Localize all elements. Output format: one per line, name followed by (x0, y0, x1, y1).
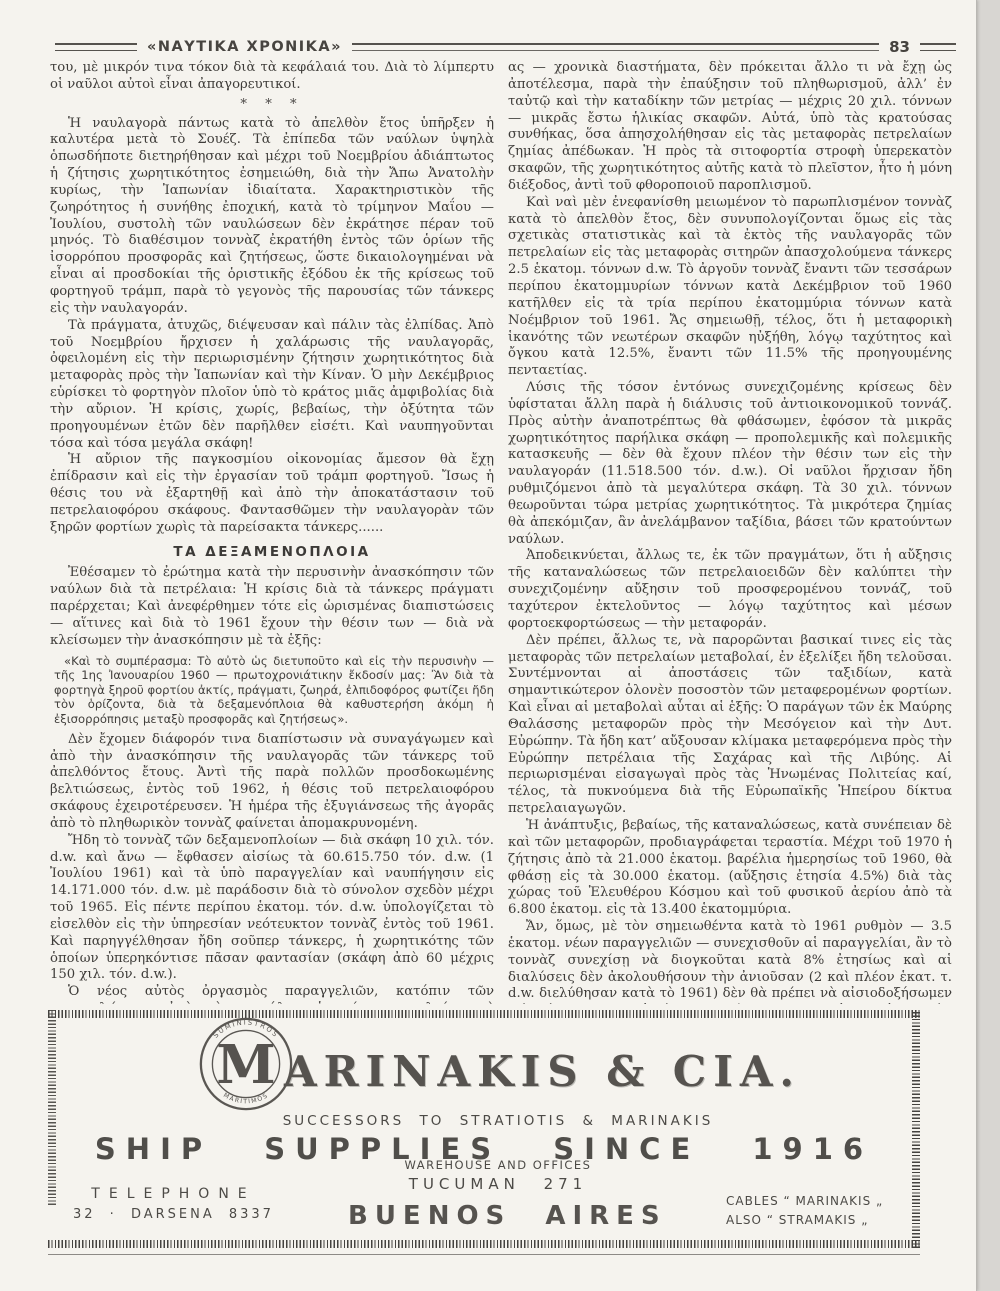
paragraph: Τὰ πράγματα, ἀτυχῶς, διέψευσαν καὶ πάλιν… (50, 318, 494, 453)
paragraph: Ἡ αὔριον τῆς παγκοσμίου οἰκονομίας ἄμεσο… (50, 452, 494, 536)
street-line: TUCUMAN 271 (348, 1175, 648, 1193)
header-rule-left (55, 43, 137, 51)
paragraph: Δὲν πρέπει, ἄλλως τε, νὰ παρορῶνται βασι… (508, 633, 952, 818)
company-logo-icon: SUMINISTROS MARITIMOS M (198, 1016, 294, 1112)
marinakis-advertisement: SUMINISTROS MARITIMOS M ARINAKIS & CIA. … (48, 1010, 920, 1248)
header-rule-center (352, 43, 879, 51)
page-number: 83 (889, 38, 910, 56)
article-body: του, μὲ μικρόν τινα τόκον διὰ τὰ κεφάλαι… (50, 60, 952, 1004)
section-heading: ΤΑ ΔΕΞΑΜΕΝΟΠΛΟΙΑ (50, 544, 494, 561)
company-name: ARINAKIS & CIA. (284, 1033, 801, 1096)
telephone-block: TELEPHONE 32 · DARSENA 8337 (73, 1186, 274, 1222)
paragraph: ας — χρονικὰ διαστήματα, δὲν πρόκειται ἄ… (508, 60, 952, 195)
magazine-page: «ΝΑΥΤΙΚΑ ΧΡΟΝΙΚΑ» 83 του, μὲ μικρόν τινα… (0, 0, 976, 1291)
ad-underline (48, 1254, 920, 1255)
paragraph: Δὲν ἔχομεν διάφορόν τινα διαπίστωσιν νὰ … (50, 732, 494, 833)
paragraph: Καὶ ναὶ μὲν ἐνεφανίσθη μειωμένον τὸ παρω… (508, 195, 952, 380)
paragraph: Ἐθέσαμεν τὸ ἐρώτημα κατὰ τὴν περυσινὴν ἀ… (50, 565, 494, 649)
ad-border-left (48, 1010, 56, 1205)
ad-border-bottom (48, 1240, 920, 1248)
right-column: ας — χρονικὰ διαστήματα, δὲν πρόκειται ἄ… (508, 60, 952, 1004)
cables-block: CABLES “ MARINAKIS „ ALSO “ STRAMAKIS „ (726, 1192, 883, 1230)
paragraph: Ὁ νέος αὐτὸς ὀργασμὸς παραγγελιῶν, κατόπ… (50, 984, 494, 1004)
paragraph: Λύσις τῆς τόσον ἐντόνως συνεχιζομένης κρ… (508, 380, 952, 548)
logo-monogram: M (216, 1033, 276, 1096)
left-column: του, μὲ μικρόν τινα τόκον διὰ τὰ κεφάλαι… (50, 60, 494, 1004)
page-header: «ΝΑΥΤΙΚΑ ΧΡΟΝΙΚΑ» 83 (55, 40, 956, 54)
warehouse-line: WAREHOUSE AND OFFICES (348, 1158, 648, 1172)
address-block: WAREHOUSE AND OFFICES TUCUMAN 271 BUENOS… (348, 1158, 648, 1231)
quoted-paragraph: «Καὶ τὸ συμπέρασμα: Τὸ αὐτὸ ὡς διετυποῦτ… (50, 654, 494, 727)
cables-line-1: CABLES “ MARINAKIS „ (726, 1192, 883, 1211)
cables-line-2: ALSO “ STRAMAKIS „ (726, 1211, 883, 1230)
paragraph: Ἡ ἀνάπτυξις, βεβαίως, τῆς καταναλώσεως, … (508, 818, 952, 919)
paragraph: Ἡ ναυλαγορὰ πάντως κατὰ τὸ ἀπελθὸν ἔτος … (50, 116, 494, 318)
paragraph: Ἀποδεικνύεται, ἄλλως τε, ἐκ τῶν πραγμάτω… (508, 548, 952, 632)
successors-line: SUCCESSORS TO STRATIOTIS & MARINAKIS (158, 1113, 838, 1129)
header-rule-right (920, 43, 956, 51)
section-divider: * * * (50, 97, 494, 114)
ad-border-right (912, 1010, 920, 1248)
company-name-row: SUMINISTROS MARITIMOS M ARINAKIS & CIA. (198, 1016, 801, 1112)
paragraph: του, μὲ μικρόν τινα τόκον διὰ τὰ κεφάλαι… (50, 60, 494, 94)
paragraph: Ἄν, ὅμως, μὲ τὸν σημειωθέντα κατὰ τὸ 196… (508, 919, 952, 1004)
masthead-title: «ΝΑΥΤΙΚΑ ΧΡΟΝΙΚΑ» (147, 39, 342, 55)
city-line: BUENOS AIRES (348, 1201, 648, 1231)
telephone-label: TELEPHONE (73, 1186, 274, 1202)
telephone-number: 32 · DARSENA 8337 (73, 1207, 274, 1222)
paragraph: Ἤδη τὸ τοννὰζ τῶν δεξαμενοπλοίων — διὰ σ… (50, 833, 494, 985)
page-edge (976, 0, 977, 1291)
